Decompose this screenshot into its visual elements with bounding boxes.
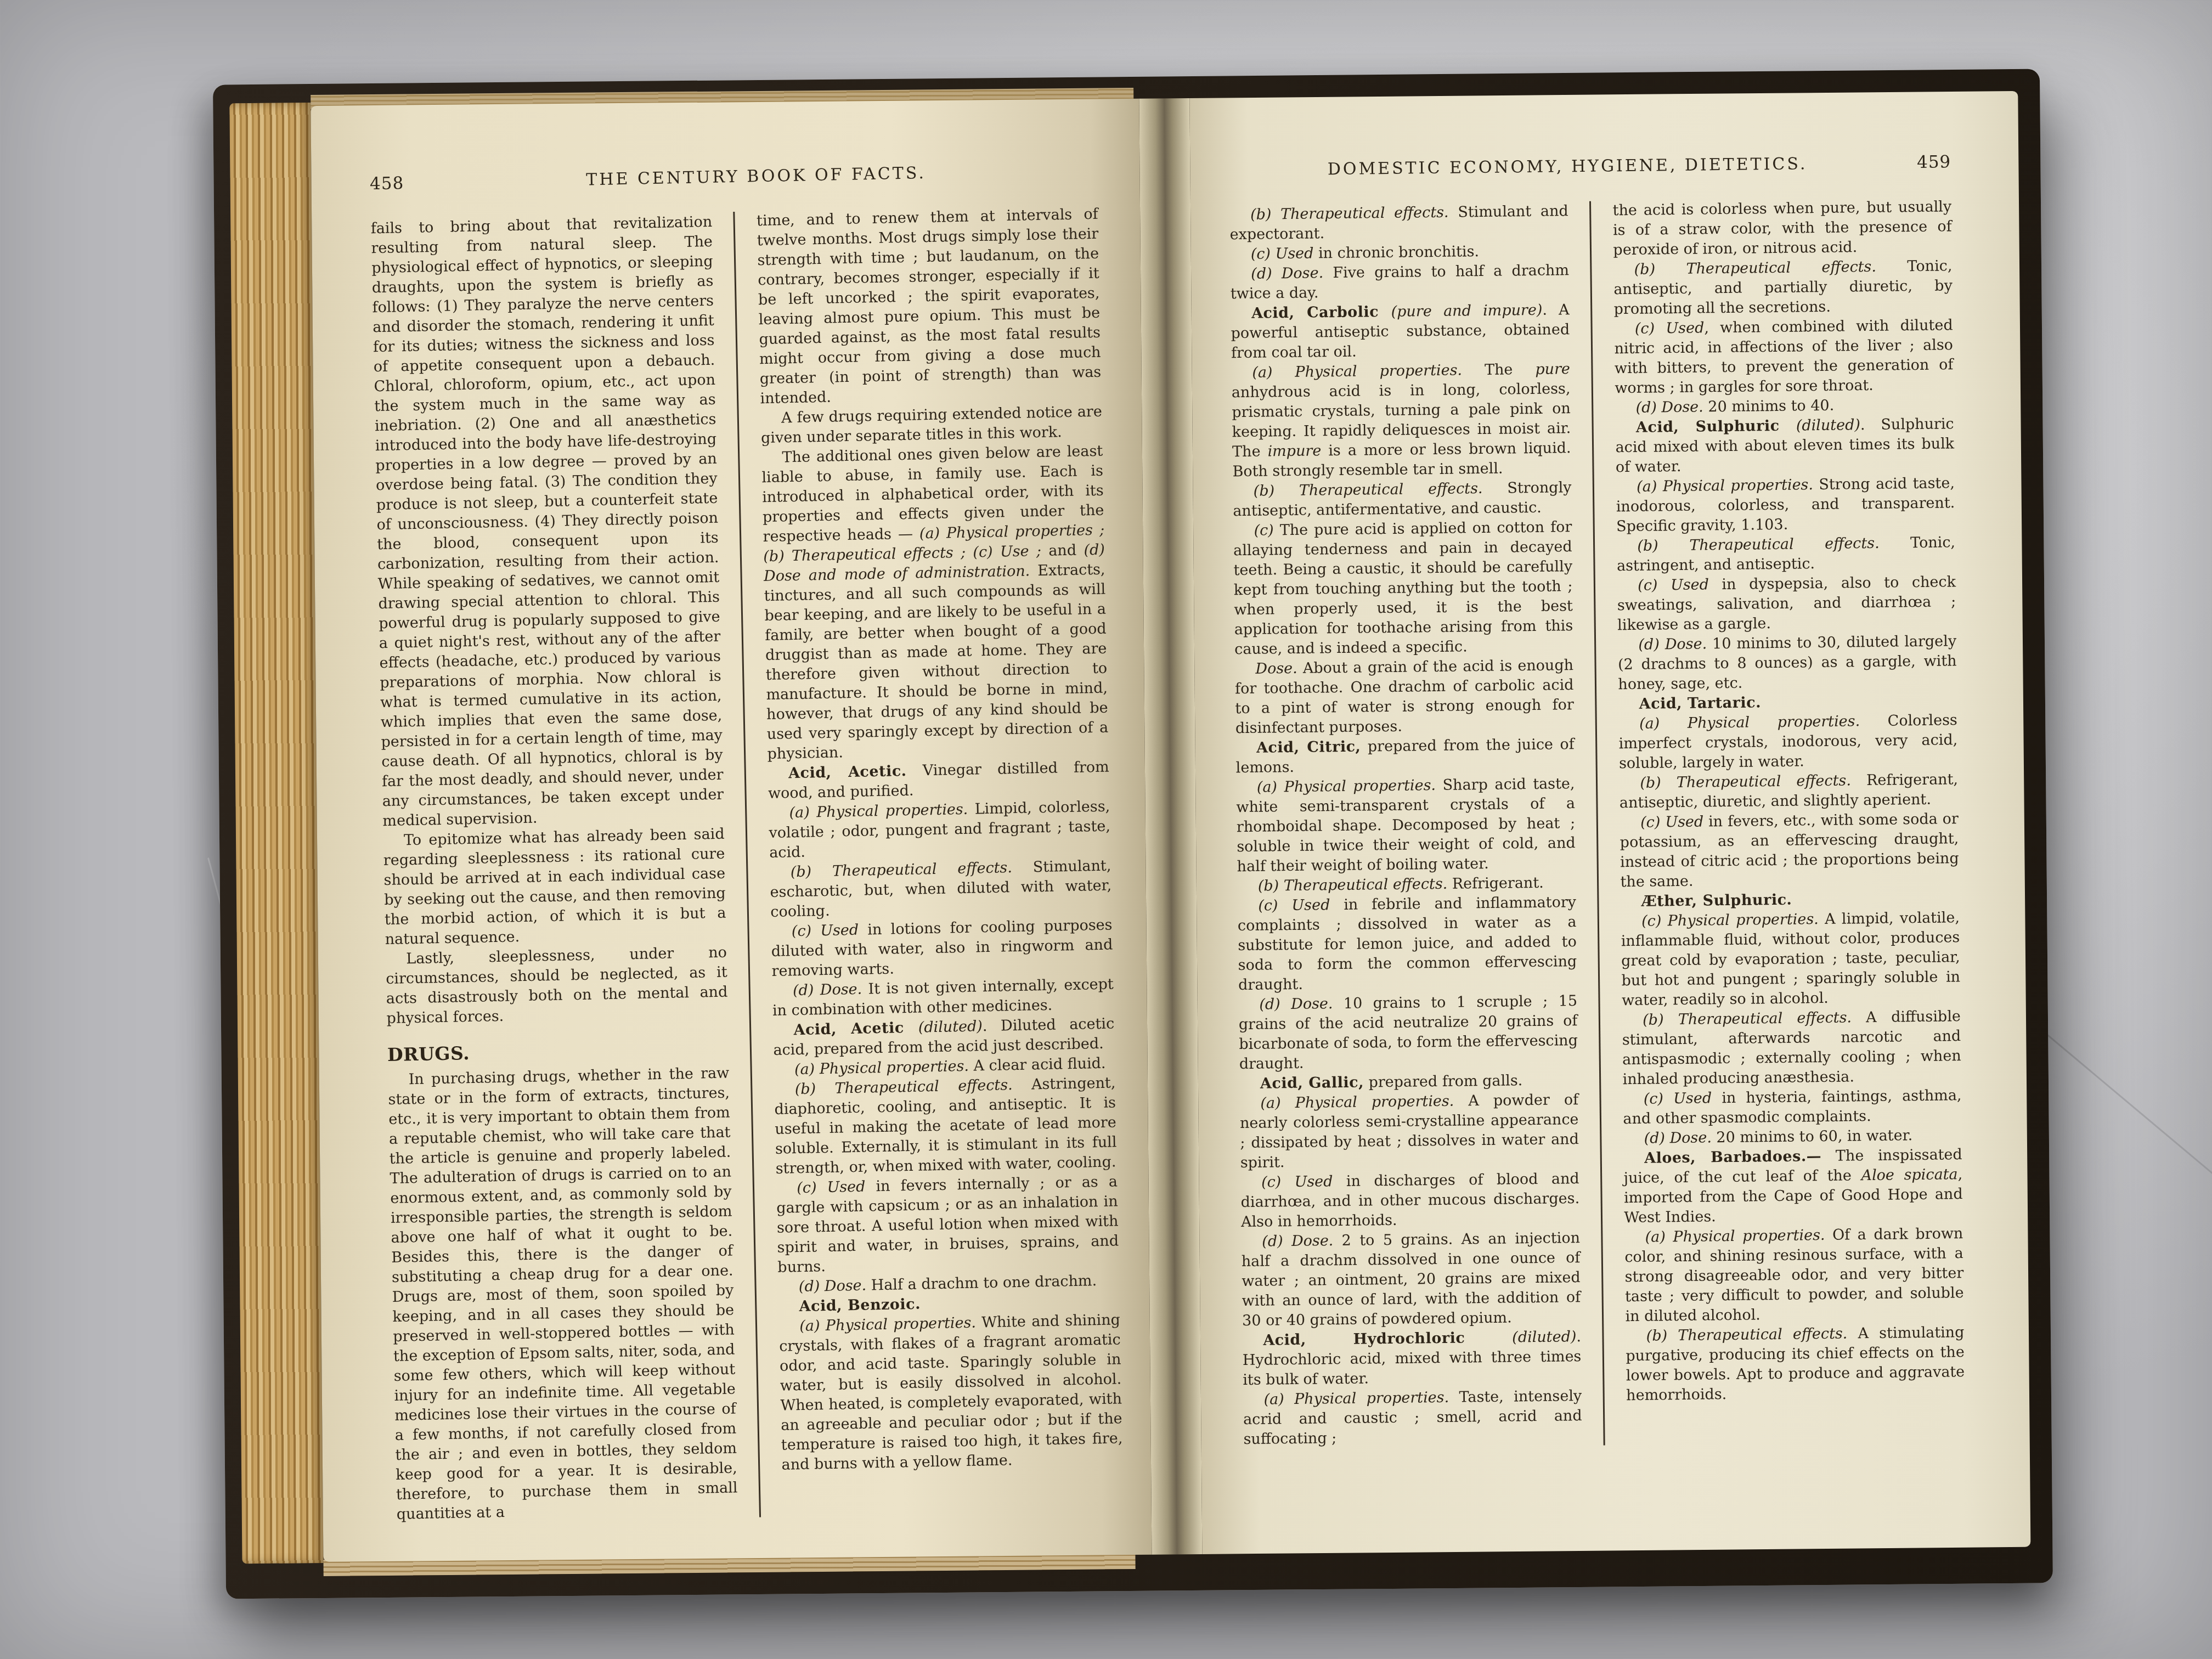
text-segment: Dose.	[1255, 660, 1297, 678]
right-page-running-title: DOMESTIC ECONOMY, HYGIENE, DIETETICS.	[1229, 153, 1906, 180]
paragraph: Acid, Carbolic (pure and impure). A powe…	[1231, 300, 1570, 363]
right-page: DOMESTIC ECONOMY, HYGIENE, DIETETICS. 45…	[1189, 91, 2030, 1554]
text-segment: (b) Therapeutical effects.	[790, 859, 1012, 881]
text-segment: (b) Therapeutical effects.	[1640, 772, 1851, 791]
text-segment: (a) Physical properties.	[1260, 1093, 1454, 1112]
text-segment: 20 minims to 60, in water.	[1712, 1127, 1913, 1146]
text-segment: (d) Dose.	[1262, 1232, 1333, 1250]
paragraph: (b) Therapeutical effects. Stimulant and…	[1229, 201, 1568, 245]
text-segment: (d) Dose.	[1259, 995, 1333, 1013]
left-page-running-title: THE CENTURY BOOK OF FACTS.	[415, 160, 1097, 193]
paragraph: (a) Physical properties. Colorless imper…	[1618, 710, 1958, 774]
paragraph: Acid, Hydrochloric (diluted). Hydrochlor…	[1242, 1327, 1582, 1390]
text-segment: Lastly, sleeplessness, under no circumst…	[386, 944, 728, 1027]
text-segment: (c) Used	[1640, 813, 1703, 831]
right-page-header: DOMESTIC ECONOMY, HYGIENE, DIETETICS. 45…	[1229, 152, 1951, 180]
right-page-number: 459	[1917, 152, 1951, 172]
text-segment: (b) Therapeutical effects.	[1258, 876, 1448, 895]
right-page-column-2: the acid is colorless when pure, but usu…	[1589, 197, 1966, 1445]
text-segment: (a) Physical properties.	[794, 1058, 969, 1078]
paragraph: (c) The pure acid is applied on cotton f…	[1233, 517, 1573, 659]
text-segment: impure	[1267, 442, 1321, 460]
text-segment: the acid is colorless when pure, but usu…	[1613, 198, 1952, 258]
paragraph: Lastly, sleeplessness, under no circumst…	[385, 943, 728, 1029]
text-segment: (b) Therapeutical effects.	[1254, 480, 1483, 500]
paragraph: In purchasing drugs, whether in the raw …	[388, 1064, 738, 1525]
text-segment: (b) Therapeutical effects.	[1634, 258, 1877, 278]
paragraph: (a) Physical properties. A powder of nea…	[1239, 1090, 1579, 1173]
text-segment: In purchasing drugs, whether in the raw …	[388, 1065, 737, 1523]
text-segment: Acid, Tartaric.	[1639, 694, 1762, 713]
paragraph: (a) Physical properties. Sharp acid tast…	[1236, 774, 1576, 877]
text-segment: Half a drachm to one drachm.	[866, 1272, 1097, 1294]
paragraph: (d) Dose. It is not given internally, ex…	[772, 974, 1114, 1020]
paragraph: (c) Used in lotions for cooling purposes…	[771, 915, 1114, 981]
text-segment: (b) Therapeutical effects.	[1637, 535, 1880, 555]
text-segment: (c) Used	[1261, 1173, 1333, 1190]
text-segment: pure	[1535, 360, 1570, 378]
text-segment: Aloes, Barbadoes.—	[1644, 1148, 1821, 1167]
paragraph: Dose. About a grain of the acid is enoug…	[1234, 656, 1574, 738]
text-segment: Acid, Acetic	[793, 1019, 918, 1039]
text-segment: The	[1462, 361, 1536, 379]
text-segment: (diluted)	[918, 1018, 983, 1036]
text-segment: (d) Dose.	[1251, 264, 1323, 282]
text-segment: (d) Dose.	[799, 1277, 867, 1295]
text-segment: (c) Used	[792, 922, 859, 940]
paragraph: (b) Therapeutical effects. A diffusible …	[1622, 1007, 1961, 1090]
paragraph: (c) Physical properties. A limpid, volat…	[1621, 908, 1961, 1011]
text-segment: in chronic bronchitis.	[1313, 243, 1479, 262]
text-segment: Acid, Citric,	[1256, 738, 1361, 757]
text-segment: time, and to renew them at intervals of …	[757, 206, 1102, 407]
text-segment: (a) Physical properties.	[1263, 1389, 1449, 1408]
paragraph: time, and to renew them at intervals of …	[757, 205, 1102, 409]
left-page-column-1: fails to bring about that revitalization…	[370, 212, 759, 1525]
text-segment: (c)	[1254, 522, 1274, 539]
text-segment: (diluted)	[1512, 1328, 1576, 1346]
paragraph: (a) Physical properties. The pure anhydr…	[1231, 359, 1571, 482]
section-heading: DRUGS.	[387, 1039, 729, 1065]
right-page-column-1: (b) Therapeutical effects. Stimulant and…	[1229, 201, 1603, 1449]
paragraph: A few drugs requiring extended notice ar…	[760, 402, 1103, 448]
left-page-column-2: time, and to renew them at intervals of …	[733, 205, 1124, 1517]
paragraph: Acid, Acetic (diluted). Diluted acetic a…	[772, 1014, 1115, 1060]
text-segment: (b) Therapeutical effects.	[1643, 1009, 1852, 1028]
paragraph: (b) Therapeutical effects. Astringent, d…	[774, 1073, 1118, 1178]
paragraph: (a) Physical properties. Limpid, colorle…	[768, 797, 1111, 863]
paragraph: (c) Used in febrile and inflammatory com…	[1237, 893, 1577, 995]
text-segment: (c) Used	[1644, 1090, 1712, 1107]
text-segment: A clear acid fluid.	[969, 1055, 1106, 1075]
paragraph: (b) Therapeutical effects. Refrigerant, …	[1619, 770, 1958, 813]
left-page-columns: fails to bring about that revitalization…	[370, 205, 1124, 1525]
text-segment: The pure acid is applied on cotton for a…	[1233, 518, 1573, 658]
text-segment: Acid, Gallic,	[1260, 1074, 1364, 1092]
paragraph: (c) Used in discharges of blood and diar…	[1240, 1169, 1580, 1232]
text-segment: Acid, Carbolic	[1251, 303, 1391, 322]
paragraph: (c) Used in fevers internally ; or as a …	[776, 1172, 1119, 1277]
text-segment: (d) Dose.	[1635, 398, 1703, 416]
paragraph: (c) Used, when combined with diluted nit…	[1614, 315, 1954, 398]
paragraph: (b) Therapeutical effects. Tonic, antise…	[1613, 256, 1953, 319]
paragraph: the acid is colorless when pure, but usu…	[1612, 197, 1952, 260]
paragraph: (a) Physical properties. White and shini…	[778, 1310, 1123, 1475]
paragraph: The additional ones given below are leas…	[761, 442, 1109, 764]
text-segment: (pure and impure)	[1391, 302, 1543, 320]
text-segment: (a) Physical properties.	[1637, 476, 1813, 495]
text-segment: (a) Physical properties.	[799, 1314, 976, 1335]
text-segment: Extracts, tinctures, and all such compou…	[764, 561, 1109, 763]
text-segment: (a) Physical properties.	[789, 801, 968, 822]
text-segment: (c) Physical properties.	[1641, 911, 1819, 930]
paragraph: (c) Used in fevers, etc., with some soda…	[1620, 809, 1959, 892]
text-segment: Æther, Sulphuric.	[1641, 891, 1792, 910]
text-segment: A few drugs requiring extended notice ar…	[761, 403, 1102, 447]
text-segment: (b) Therapeutical effects.	[1646, 1325, 1848, 1345]
text-segment: (a) Physical properties.	[1252, 362, 1462, 381]
paragraph: Acid, Acetic. Vinegar distilled from woo…	[768, 758, 1110, 804]
paragraph: (c) Used in hysteria, faintings, asthma,…	[1623, 1086, 1962, 1129]
paragraph: Acid, Citric, prepared from the juice of…	[1235, 735, 1575, 778]
paragraph: (a) Physical properties. Strong acid tas…	[1616, 473, 1955, 537]
paragraph: (a) Physical properties. Taste, intensel…	[1243, 1386, 1583, 1449]
text-segment: (b) Therapeutical effects.	[794, 1076, 1013, 1098]
text-segment: To epitomize what has already been said …	[383, 826, 726, 948]
text-segment: (c) Used	[1258, 896, 1330, 914]
left-page: 458 THE CENTURY BOOK OF FACTS. fails to …	[311, 99, 1152, 1562]
text-segment: Acid, Sulphuric	[1636, 417, 1796, 436]
text-segment: 20 minims to 40.	[1703, 397, 1835, 416]
paragraph: (b) Therapeutical effects. Stimulant, es…	[770, 856, 1113, 922]
paragraph: (d) Dose. 2 to 5 grains. As an injection…	[1241, 1228, 1581, 1331]
paragraph: (b) Therapeutical effects. Strongly anti…	[1233, 478, 1572, 521]
page-spread: 458 THE CENTURY BOOK OF FACTS. fails to …	[311, 91, 2030, 1562]
text-segment: prepared from galls.	[1364, 1072, 1523, 1091]
text-segment: Acid, Hydrochloric	[1263, 1329, 1512, 1348]
text-segment: (d) Dose.	[1638, 635, 1707, 653]
text-segment: Aloe spicata	[1861, 1166, 1957, 1184]
text-segment: Acid, Benzoic.	[799, 1296, 921, 1315]
text-segment: Acid, Acetic.	[788, 763, 907, 782]
text-segment: (a) Physical properties.	[1257, 777, 1436, 796]
paragraph: Acid, Sulphuric (diluted). Sulphuric aci…	[1615, 414, 1955, 477]
text-segment: White and shining crystals, with flakes …	[779, 1311, 1123, 1473]
right-page-columns: (b) Therapeutical effects. Stimulant and…	[1229, 197, 1966, 1449]
paragraph: (a) Physical properties. Of a dark brown…	[1624, 1224, 1965, 1327]
paragraph: (b) Therapeutical effects. Tonic, astrin…	[1616, 533, 1955, 576]
text-segment: (c) Used	[1635, 319, 1705, 337]
page-stack-fore-edge	[229, 103, 323, 1564]
text-segment: (c) Used	[1251, 245, 1314, 262]
text-segment: (diluted)	[1796, 416, 1860, 434]
paragraph: (c) Used in dyspepsia, also to check swe…	[1617, 572, 1956, 635]
left-page-number: 458	[370, 173, 404, 194]
text-segment: fails to bring about that revitalization…	[370, 213, 724, 830]
text-segment: (d) Dose.	[793, 981, 862, 1000]
text-segment: DRUGS.	[387, 1042, 470, 1065]
open-book: 458 THE CENTURY BOOK OF FACTS. fails to …	[213, 69, 2053, 1599]
text-segment: (d) Dose.	[1644, 1129, 1712, 1147]
text-segment: (a) Physical properties.	[1639, 713, 1860, 732]
paragraph: To epitomize what has already been said …	[383, 825, 727, 950]
text-segment: and	[1041, 541, 1084, 560]
text-segment: (c) Used	[1638, 576, 1709, 594]
paragraph: (d) Dose. 10 grains to 1 scruple ; 15 gr…	[1238, 991, 1578, 1074]
paragraph: (d) Dose. 10 minims to 30, diluted large…	[1617, 631, 1957, 695]
text-segment: Refrigerant.	[1447, 874, 1544, 893]
text-segment: (b) Therapeutical effects.	[1250, 204, 1449, 223]
paragraph: Aloes, Barbadoes.— The inspissated juice…	[1623, 1145, 1963, 1228]
paragraph: fails to bring about that revitalization…	[370, 212, 724, 831]
paragraph: (b) Therapeutical effects. A stimulating…	[1626, 1323, 1965, 1406]
text-segment: (a) Physical properties.	[1645, 1227, 1825, 1246]
text-segment: (c) Used	[797, 1178, 866, 1197]
paragraph: (d) Dose. Five grains to half a drachm t…	[1230, 261, 1569, 304]
left-page-header: 458 THE CENTURY BOOK OF FACTS.	[370, 160, 1097, 194]
